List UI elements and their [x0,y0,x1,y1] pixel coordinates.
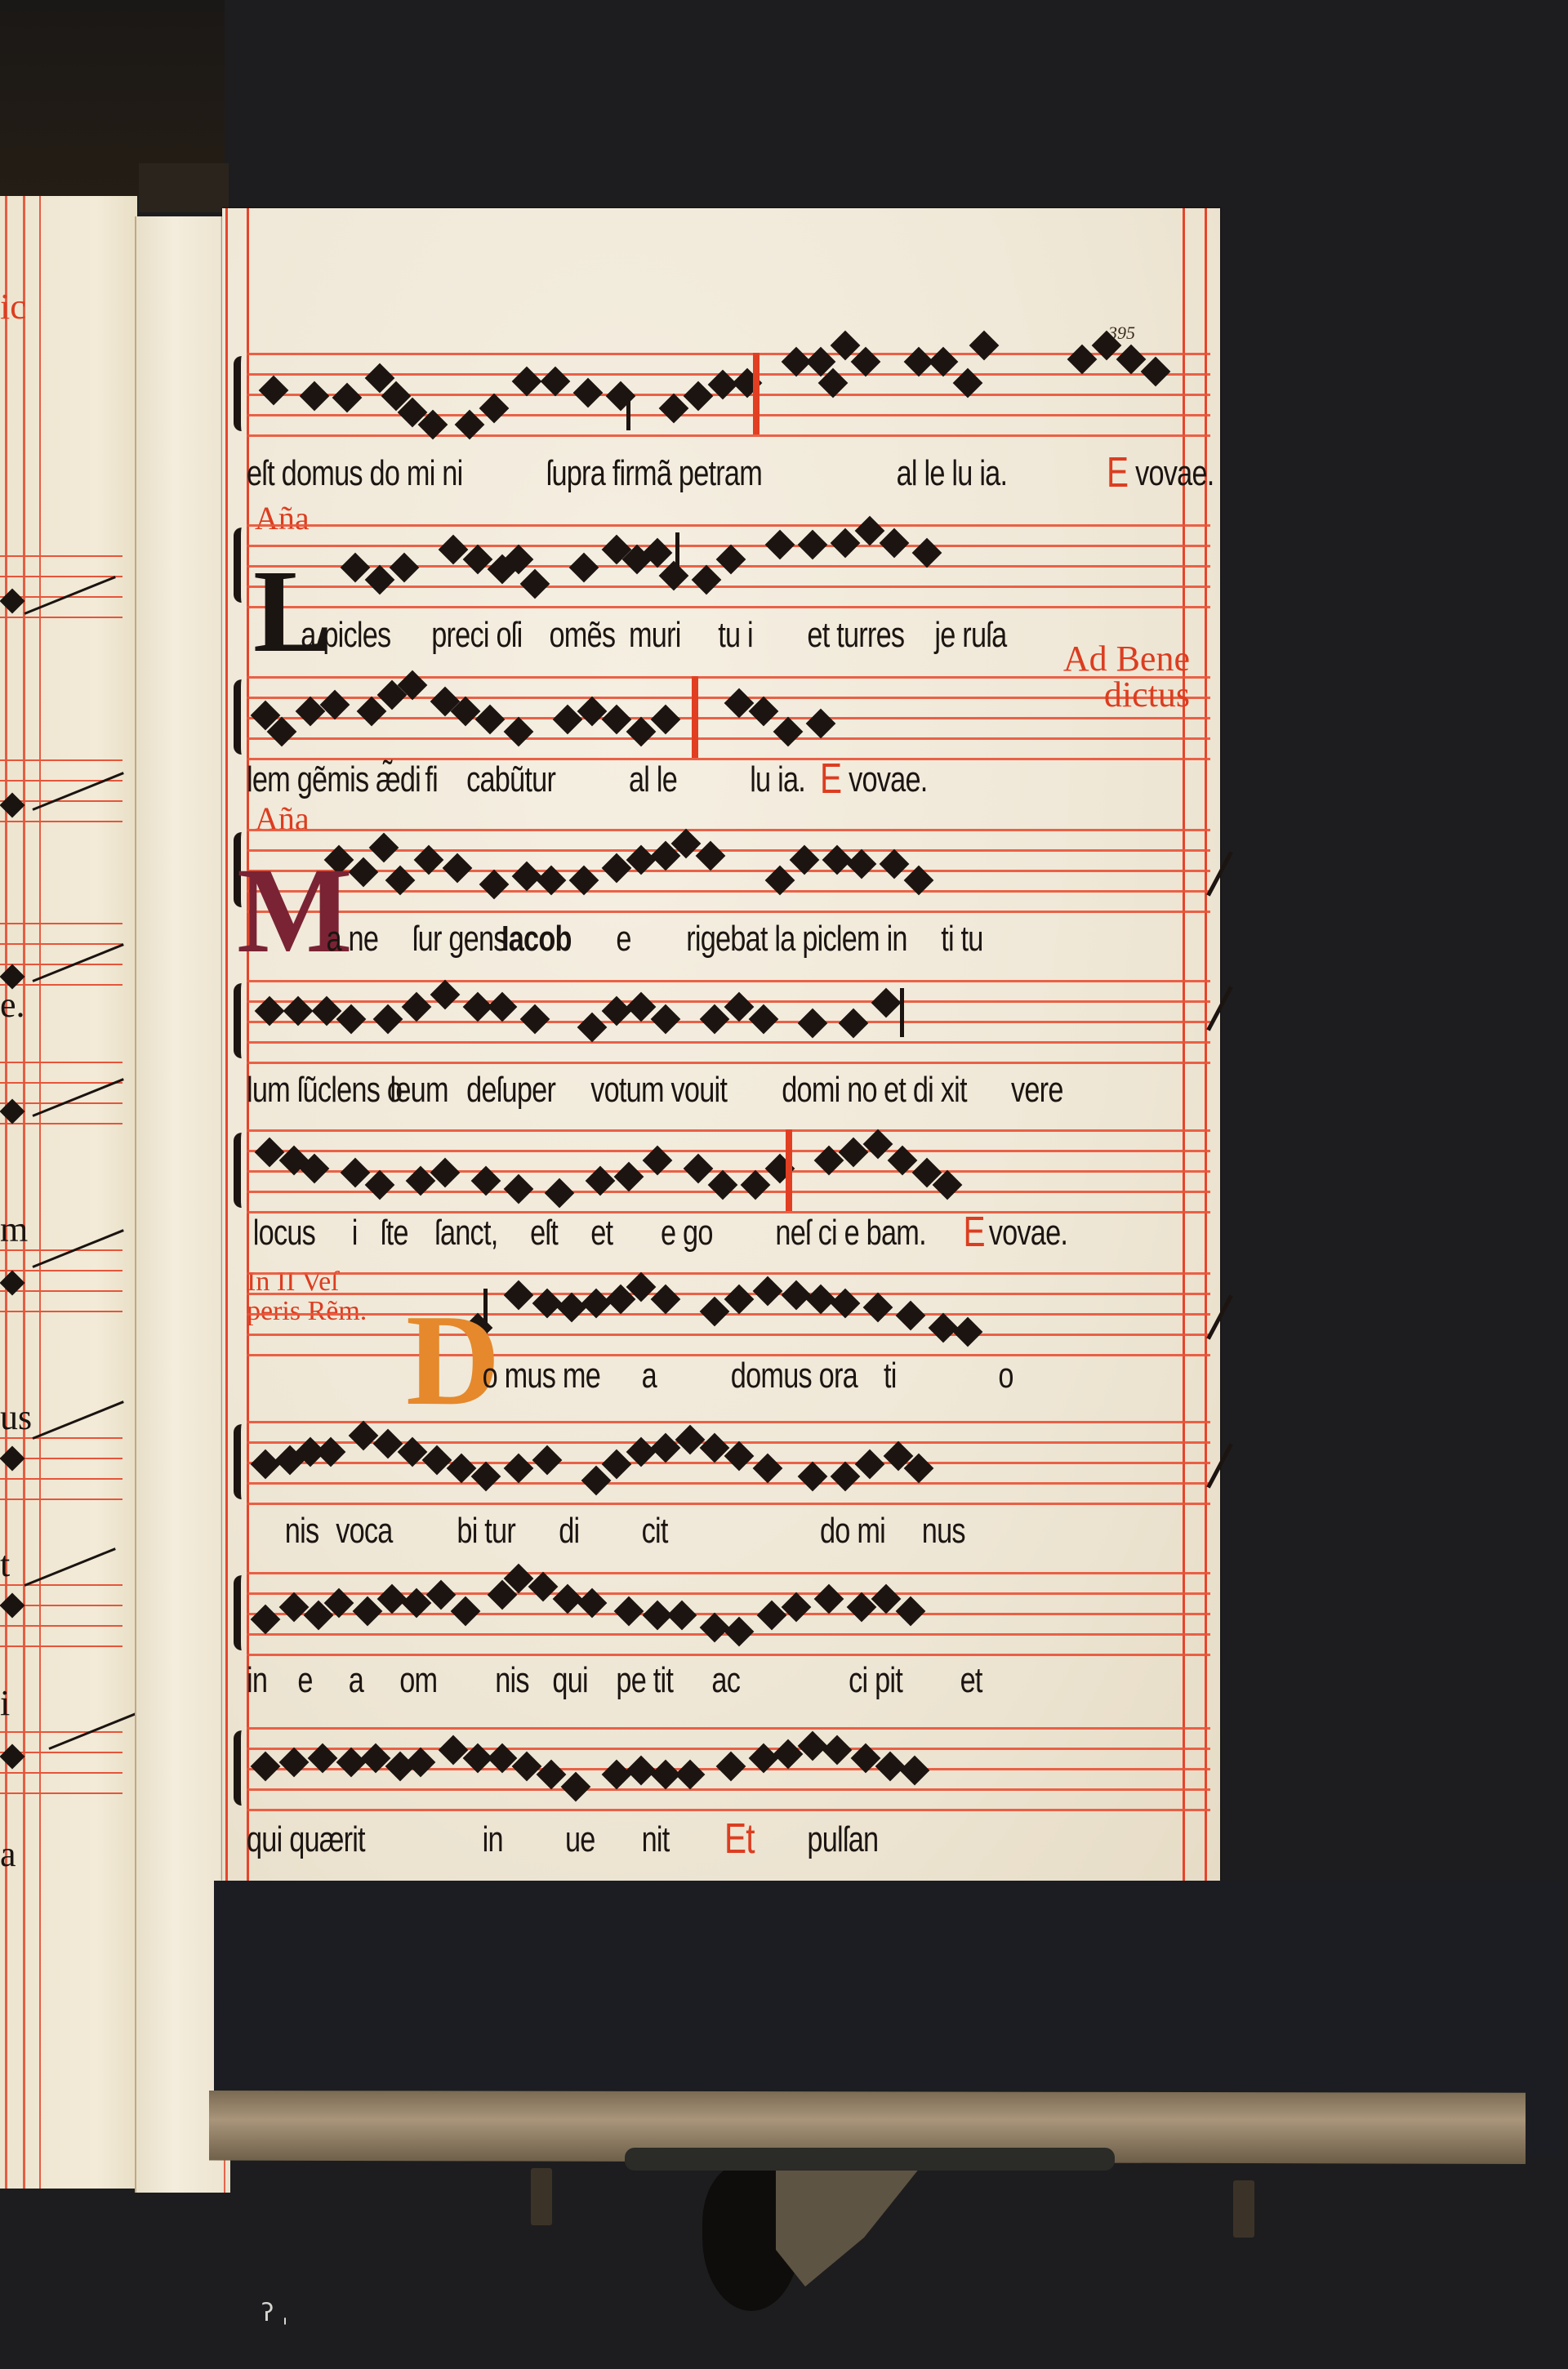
main-page: 395 eſt domus do mi ni ſupra firmã petra… [222,208,1220,1881]
left-page-margin-rule [39,196,41,2189]
left-page-text: i [0,1682,10,1724]
left-page-text: a [0,1833,16,1875]
rubric-ad-benedictus: Ad Bene dictus [1027,641,1190,713]
left-page-text: us [0,1396,32,1438]
lyric-line-1: eſt domus do mi ni ſupra firmã petram al… [247,453,998,510]
left-page-staff [0,1437,122,1525]
lyric-line-8: nis voca bi tur di cit do mi nus [247,1511,998,1568]
staff-7 [247,1272,1210,1357]
staff-9 [247,1572,1210,1657]
lyric-line-10: qui quærit in ue nit Et pulſan [247,1819,998,1877]
staff-1 [247,353,1210,438]
lyric-line-2: a picles preci oſi omẽs muri tu i et tur… [247,615,998,672]
left-page-text: t [0,1543,10,1585]
staff-2 [247,524,1210,609]
lyric-line-3: lem gẽmis æ̃di fi cabũtur al le lu ia. E… [247,759,998,817]
c-clef-icon [234,679,254,755]
lyric-line-6: locus i ſte ſanct, eſt et e go neſ ci e … [247,1213,998,1270]
left-page: ic e. m us t i a [0,196,137,2189]
lyric-line-7: o mus me a domus ora ti o [247,1356,998,1413]
c-clef-icon [234,1424,254,1499]
divider-bar [786,1129,792,1211]
staff-4 [247,829,1210,914]
left-page-staff [0,1249,122,1338]
spine-shadow [139,163,229,212]
lyric-line-5: lum ſũclens o leum deſuper votum vouit d… [247,1070,998,1127]
staff-5 [247,980,1210,1065]
c-clef-icon [234,983,254,1058]
c-clef-icon [234,528,254,603]
clasp-strap [776,2164,923,2287]
divider-bar [692,676,698,758]
divider-bar [753,353,759,434]
left-page-staff [0,1584,122,1672]
chalk-mark: ʔ ˌ [261,2299,288,2327]
custos [24,1547,115,1587]
staff-10 [247,1727,1210,1812]
custos [32,1400,123,1440]
left-page-text: e. [0,984,25,1026]
margin-rule-left-outer [225,208,228,1881]
lyric-line-9: in e a om nis qui pe tit ac ci pit et [247,1660,998,1717]
c-clef-icon [234,356,254,431]
left-page-text: m [0,1209,28,1250]
c-clef-icon [234,1730,254,1806]
c-clef-icon [234,1575,254,1650]
clasp-peg [1233,2180,1254,2238]
left-page-margin-rule [5,196,7,2189]
staff-6 [247,1129,1210,1214]
lyric-line-4: a ne ſur gens Iacob e rigebat la piclem … [247,919,998,976]
clasp-peg [531,2168,552,2225]
c-clef-icon [234,1133,254,1208]
staff-8 [247,1421,1210,1506]
left-page-margin-rule [23,196,25,2189]
left-page-rubric: ic [0,286,26,327]
clasp-bar [625,2148,1115,2171]
